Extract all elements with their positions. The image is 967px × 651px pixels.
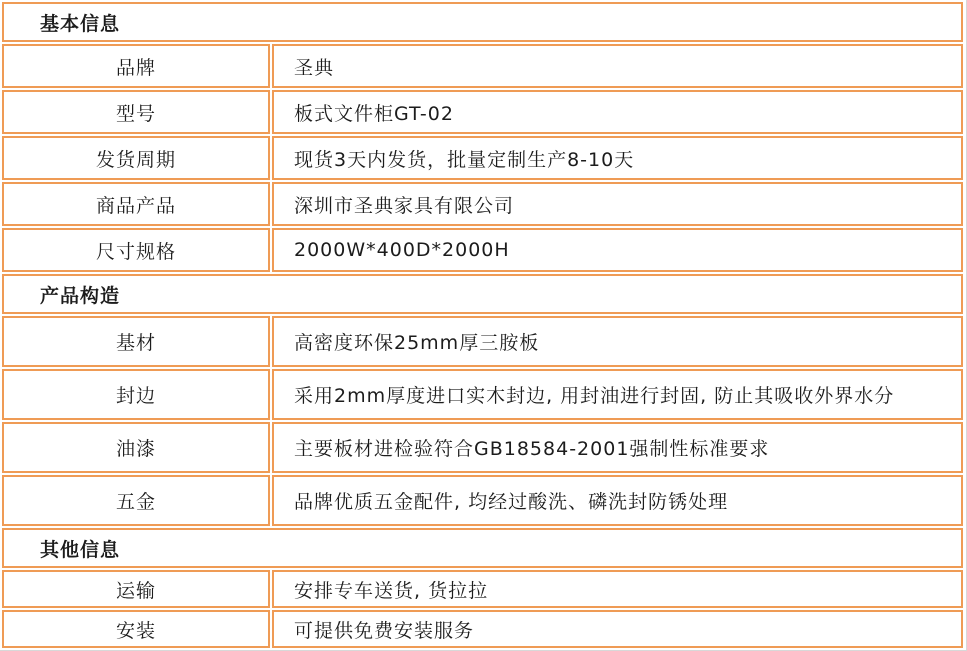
spec-label-hardware: 五金: [2, 475, 270, 526]
spec-label-paint: 油漆: [2, 422, 270, 473]
spec-row-base-material: 基材 高密度环保25mm厚三胺板: [2, 316, 963, 367]
spec-value-shipping: 安排专车送货, 货拉拉: [272, 570, 963, 608]
spec-value-hardware: 品牌优质五金配件, 均经过酸洗、磷洗封防锈处理: [272, 475, 963, 526]
spec-value-installation: 可提供免费安装服务: [272, 610, 963, 648]
spec-label-shipping: 运输: [2, 570, 270, 608]
spec-label-delivery-cycle: 发货周期: [2, 136, 270, 180]
spec-row-manufacturer: 商品产品 深圳市圣典家具有限公司: [2, 182, 963, 226]
spec-value-paint: 主要板材进检验符合GB18584-2001强制性标准要求: [272, 422, 963, 473]
spec-label-manufacturer: 商品产品: [2, 182, 270, 226]
section-title-other-info: 其他信息: [2, 528, 963, 568]
spec-label-model: 型号: [2, 90, 270, 134]
section-header-basic-info: 基本信息: [2, 2, 963, 42]
spec-row-edge-banding: 封边 采用2mm厚度进口实木封边, 用封油进行封固, 防止其吸收外界水分: [2, 369, 963, 420]
spec-label-base-material: 基材: [2, 316, 270, 367]
spec-value-brand: 圣典: [272, 44, 963, 88]
spec-value-dimensions: 2000W*400D*2000H: [272, 228, 963, 272]
spec-row-shipping: 运输 安排专车送货, 货拉拉: [2, 570, 963, 608]
product-spec-page: 基本信息 品牌 圣典 型号 板式文件柜GT-02 发货周期 现货3天内发货，批量…: [0, 0, 967, 651]
spec-value-manufacturer: 深圳市圣典家具有限公司: [272, 182, 963, 226]
section-title-construction: 产品构造: [2, 274, 963, 314]
spec-row-hardware: 五金 品牌优质五金配件, 均经过酸洗、磷洗封防锈处理: [2, 475, 963, 526]
spec-value-base-material: 高密度环保25mm厚三胺板: [272, 316, 963, 367]
spec-value-edge-banding: 采用2mm厚度进口实木封边, 用封油进行封固, 防止其吸收外界水分: [272, 369, 963, 420]
spec-row-dimensions: 尺寸规格 2000W*400D*2000H: [2, 228, 963, 272]
section-header-construction: 产品构造: [2, 274, 963, 314]
spec-label-installation: 安装: [2, 610, 270, 648]
section-title-basic-info: 基本信息: [2, 2, 963, 42]
spec-row-model: 型号 板式文件柜GT-02: [2, 90, 963, 134]
section-header-other-info: 其他信息: [2, 528, 963, 568]
spec-value-delivery-cycle: 现货3天内发货，批量定制生产8-10天: [272, 136, 963, 180]
spec-row-paint: 油漆 主要板材进检验符合GB18584-2001强制性标准要求: [2, 422, 963, 473]
spec-label-dimensions: 尺寸规格: [2, 228, 270, 272]
spec-row-installation: 安装 可提供免费安装服务: [2, 610, 963, 648]
spec-value-model: 板式文件柜GT-02: [272, 90, 963, 134]
spec-row-delivery-cycle: 发货周期 现货3天内发货，批量定制生产8-10天: [2, 136, 963, 180]
product-spec-table: 基本信息 品牌 圣典 型号 板式文件柜GT-02 发货周期 现货3天内发货，批量…: [0, 0, 965, 650]
spec-row-brand: 品牌 圣典: [2, 44, 963, 88]
spec-label-brand: 品牌: [2, 44, 270, 88]
spec-label-edge-banding: 封边: [2, 369, 270, 420]
